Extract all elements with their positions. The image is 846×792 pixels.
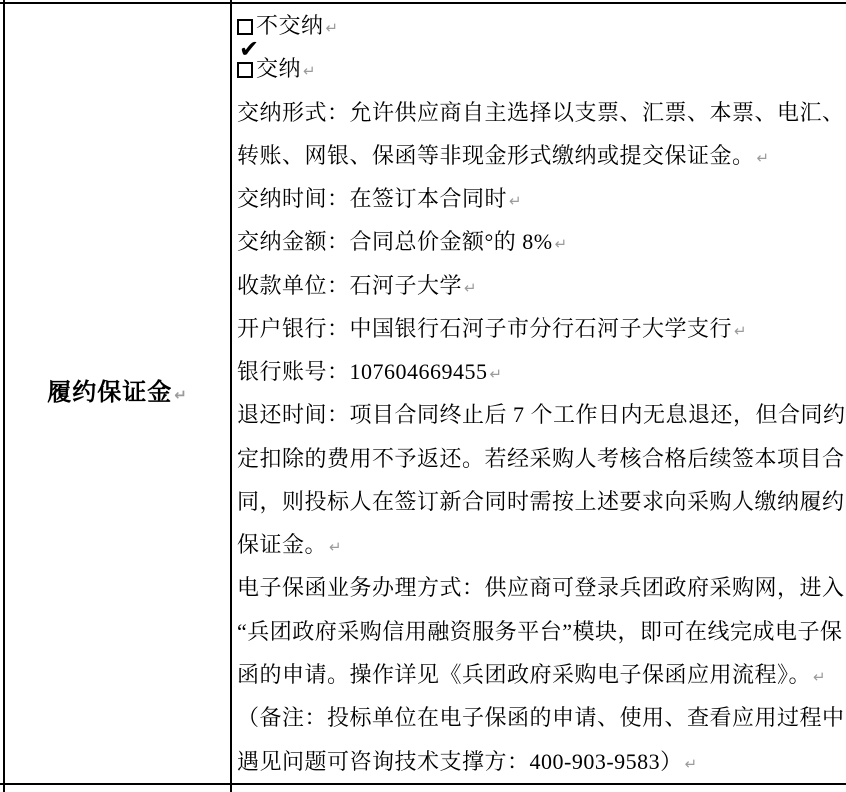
text-line: 函的申请。操作详见《兵团政府采购电子保函应用流程》。↵ <box>237 653 843 696</box>
paragraph-mark-icon: ↵ <box>813 668 826 686</box>
row-header-cell: 履约保证金↵ <box>4 372 230 407</box>
text-line-content: 遇见问题可咨询技术支撑方：400-903-9583） <box>237 749 683 774</box>
text-line-content: 收款单位：石河子大学 <box>237 273 462 298</box>
paragraph-mark-icon: ↵ <box>757 149 770 167</box>
text-line-content: 银行账号：107604669455 <box>237 359 488 384</box>
text-line: 收款单位：石河子大学↵ <box>237 264 843 307</box>
paragraph-mark-icon: ↵ <box>734 322 747 340</box>
text-line-content: 退还时间：项目合同终止后 7 个工作日内无息退还，但合同约 <box>237 402 846 427</box>
row-detail-cell: 不交纳↵ ✔交纳↵ 交纳形式：允许供应商自主选择以支票、汇票、本票、电汇、 转账… <box>237 4 843 783</box>
text-line-content: 不交纳 <box>256 13 324 38</box>
text-line: 退还时间：项目合同终止后 7 个工作日内无息退还，但合同约 <box>237 393 843 436</box>
paragraph-mark-icon: ↵ <box>174 386 187 404</box>
text-line-content: 开户银行：中国银行石河子市分行石河子大学支行 <box>237 316 732 341</box>
text-line-content: 交纳金额：合同总价金额°的 8% <box>237 229 553 254</box>
text-line: 保证金。↵ <box>237 523 843 566</box>
text-line: 定扣除的费用不予返还。若经采购人考核合格后续签本项目合 <box>237 437 843 480</box>
text-line: 交纳形式：允许供应商自主选择以支票、汇票、本票、电汇、 <box>237 91 843 134</box>
text-line-content: 交纳 <box>256 56 301 81</box>
text-line-content: 同，则投标人在签订新合同时需按上述要求向采购人缴纳履约 <box>237 489 845 514</box>
text-line-content: 转账、网银、保函等非现金形式缴纳或提交保证金。 <box>237 143 755 168</box>
paragraph-mark-icon: ↵ <box>509 192 522 210</box>
paragraph-mark-icon: ↵ <box>329 538 342 556</box>
text-line-content: 定扣除的费用不予返还。若经采购人考核合格后续签本项目合 <box>237 446 845 471</box>
paragraph-mark-icon: ↵ <box>303 62 316 80</box>
paragraph-mark-icon: ↵ <box>326 19 339 37</box>
document-page: 履约保证金↵ 不交纳↵ ✔交纳↵ 交纳形式：允许供应商自主选择以支票、汇票、本票… <box>0 0 846 792</box>
text-line-content: 交纳时间：在签订本合同时 <box>237 186 507 211</box>
text-line: ✔交纳↵ <box>237 47 843 90</box>
text-line: 交纳时间：在签订本合同时↵ <box>237 177 843 220</box>
row-header-label: 履约保证金 <box>47 380 172 406</box>
text-line-content: 保证金。 <box>237 532 327 557</box>
text-line: 银行账号：107604669455↵ <box>237 350 843 393</box>
text-line: 遇见问题可咨询技术支撑方：400-903-9583）↵ <box>237 740 843 783</box>
text-line-content: 交纳形式：允许供应商自主选择以支票、汇票、本票、电汇、 <box>237 100 845 125</box>
paragraph-mark-icon: ↵ <box>555 235 568 253</box>
text-line: 转账、网银、保函等非现金形式缴纳或提交保证金。↵ <box>237 134 843 177</box>
text-line: 同，则投标人在签订新合同时需按上述要求向采购人缴纳履约 <box>237 480 843 523</box>
text-line-content: 电子保函业务办理方式：供应商可登录兵团政府采购网，进入 <box>237 575 845 600</box>
text-line: 不交纳↵ <box>237 4 843 47</box>
check-icon: ✔ <box>239 37 259 61</box>
text-line: “兵团政府采购信用融资服务平台”模块，即可在线完成电子保 <box>237 610 843 653</box>
paragraph-mark-icon: ↵ <box>464 279 477 297</box>
text-line: 电子保函业务办理方式：供应商可登录兵团政府采购网，进入 <box>237 566 843 609</box>
text-line: 开户银行：中国银行石河子市分行石河子大学支行↵ <box>237 307 843 350</box>
text-line: 交纳金额：合同总价金额°的 8%↵ <box>237 220 843 263</box>
checkbox-unchecked-icon[interactable] <box>237 19 253 35</box>
table-column-divider <box>230 0 232 792</box>
paragraph-mark-icon: ↵ <box>490 365 503 383</box>
table-border-bottom <box>0 783 846 785</box>
text-line-content: “兵团政府采购信用融资服务平台”模块，即可在线完成电子保 <box>237 619 843 644</box>
text-line-content: （备注：投标单位在电子保函的申请、使用、查看应用过程中 <box>237 705 845 730</box>
checkbox-checked-icon[interactable]: ✔ <box>237 62 253 78</box>
text-line-content: 函的申请。操作详见《兵团政府采购电子保函应用流程》。 <box>237 662 811 687</box>
paragraph-mark-icon: ↵ <box>685 755 698 773</box>
text-line: （备注：投标单位在电子保函的申请、使用、查看应用过程中 <box>237 696 843 739</box>
